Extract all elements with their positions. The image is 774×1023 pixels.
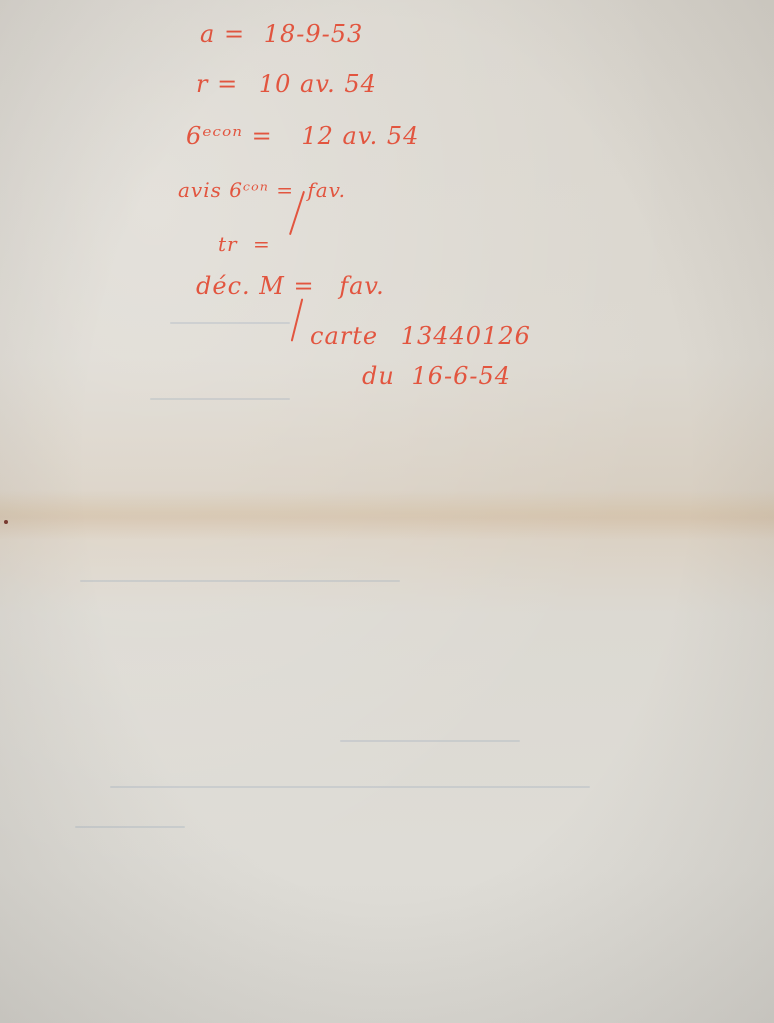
photo-vignette (0, 0, 774, 1023)
document-page: a = 18-9-53 r = 10 av. 54 6ᵉᶜᵒⁿ = 12 av.… (0, 0, 774, 1023)
